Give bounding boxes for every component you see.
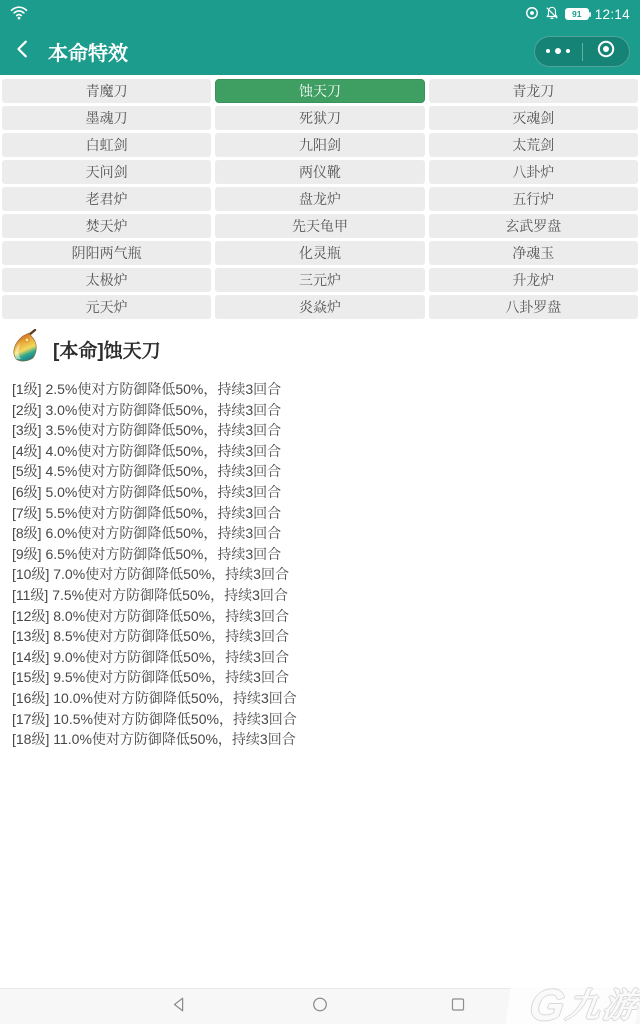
level-effect-line: [10级] 7.0%使对方防御降低50%，持续3回合 [12, 564, 630, 585]
item-button[interactable]: 白虹剑 [2, 133, 211, 157]
android-back-button[interactable] [170, 995, 188, 1018]
level-effect-line: [4级] 4.0%使对方防御降低50%，持续3回合 [12, 441, 630, 462]
notifications-muted-icon [545, 6, 559, 23]
item-button[interactable]: 墨魂刀 [2, 106, 211, 130]
level-effect-line: [7级] 5.5%使对方防御降低50%，持续3回合 [12, 503, 630, 524]
clock-text: 12:14 [595, 7, 630, 22]
item-detail: [本命]蚀天刀 [1级] 2.5%使对方防御降低50%，持续3回合 [2级] 3… [0, 319, 640, 750]
level-effect-line: [11级] 7.5%使对方防御降低50%，持续3回合 [12, 585, 630, 606]
minimize-button[interactable] [583, 37, 630, 66]
item-button[interactable]: 天问剑 [2, 160, 211, 184]
item-button[interactable]: 太荒剑 [429, 133, 638, 157]
battery-icon: 91 [565, 8, 589, 20]
level-effect-line: [1级] 2.5%使对方防御降低50%，持续3回合 [12, 379, 630, 400]
back-button[interactable] [12, 37, 42, 67]
level-effect-line: [6级] 5.0%使对方防御降低50%，持续3回合 [12, 482, 630, 503]
item-button[interactable]: 焚天炉 [2, 214, 211, 238]
item-button[interactable]: 玄武罗盘 [429, 214, 638, 238]
wifi-icon [10, 5, 28, 23]
level-effect-line: [8级] 6.0%使对方防御降低50%，持续3回合 [12, 523, 630, 544]
item-button[interactable]: 盘龙炉 [215, 187, 424, 211]
item-button[interactable]: 五行炉 [429, 187, 638, 211]
android-back-icon [170, 995, 188, 1018]
target-circle-icon [596, 39, 616, 64]
item-button[interactable]: 灭魂剑 [429, 106, 638, 130]
item-button[interactable]: 炎焱炉 [215, 295, 424, 319]
item-button[interactable]: 三元炉 [215, 268, 424, 292]
level-effect-line: [18级] 11.0%使对方防御降低50%，持续3回合 [12, 729, 630, 750]
item-button[interactable]: 太极炉 [2, 268, 211, 292]
item-button[interactable]: 八卦罗盘 [429, 295, 638, 319]
item-button[interactable]: 化灵瓶 [215, 241, 424, 265]
battery-percent: 91 [572, 10, 581, 19]
level-effect-line: [14级] 9.0%使对方防御降低50%，持续3回合 [12, 647, 630, 668]
item-button[interactable]: 老君炉 [2, 187, 211, 211]
level-effect-line: [2级] 3.0%使对方防御降低50%，持续3回合 [12, 400, 630, 421]
item-button[interactable]: 八卦炉 [429, 160, 638, 184]
item-button[interactable]: 净魂玉 [429, 241, 638, 265]
capsule-menu [534, 36, 630, 67]
blade-icon [8, 329, 44, 370]
android-nav-bar [0, 988, 640, 1024]
item-button[interactable]: 青龙刀 [429, 79, 638, 103]
item-button[interactable]: 蚀天刀 [215, 79, 424, 103]
more-button[interactable] [535, 37, 582, 66]
android-recents-icon [449, 996, 466, 1018]
level-effect-line: [3级] 3.5%使对方防御降低50%，持续3回合 [12, 420, 630, 441]
page-title: 本命特效 [48, 37, 128, 66]
item-button[interactable]: 升龙炉 [429, 268, 638, 292]
level-effect-line: [12级] 8.0%使对方防御降低50%，持续3回合 [12, 606, 630, 627]
app-screen: 91 12:14 本命特效 [0, 0, 640, 1024]
status-bar: 91 12:14 [0, 0, 640, 28]
nav-bar: 本命特效 [0, 28, 640, 75]
item-button[interactable]: 九阳剑 [215, 133, 424, 157]
eye-comfort-icon [525, 6, 539, 23]
item-button[interactable]: 死狱刀 [215, 106, 424, 130]
detail-title: [本命]蚀天刀 [53, 336, 161, 363]
item-button[interactable]: 元天炉 [2, 295, 211, 319]
item-button[interactable]: 两仪靴 [215, 160, 424, 184]
item-button[interactable]: 阴阳两气瓶 [2, 241, 211, 265]
item-button[interactable]: 先天龟甲 [215, 214, 424, 238]
item-button[interactable]: 青魔刀 [2, 79, 211, 103]
level-effect-line: [5级] 4.5%使对方防御降低50%，持续3回合 [12, 461, 630, 482]
level-effect-line: [13级] 8.5%使对方防御降低50%，持续3回合 [12, 626, 630, 647]
back-chevron-icon [12, 38, 34, 65]
item-grid: 青魔刀 蚀天刀 青龙刀 墨魂刀 死狱刀 灭魂剑 白虹剑 九阳剑 太荒剑 天问剑 … [2, 79, 638, 319]
level-list: [1级] 2.5%使对方防御降低50%，持续3回合 [2级] 3.0%使对方防御… [8, 379, 630, 750]
android-recents-button[interactable] [449, 996, 466, 1018]
level-effect-line: [16级] 10.0%使对方防御降低50%，持续3回合 [12, 688, 630, 709]
level-effect-line: [9级] 6.5%使对方防御降低50%，持续3回合 [12, 544, 630, 565]
android-home-button[interactable] [311, 995, 329, 1018]
level-effect-line: [15级] 9.5%使对方防御降低50%，持续3回合 [12, 667, 630, 688]
detail-header: [本命]蚀天刀 [8, 329, 630, 370]
more-dots-icon [543, 43, 573, 61]
android-home-icon [311, 995, 329, 1018]
level-effect-line: [17级] 10.5%使对方防御降低50%，持续3回合 [12, 709, 630, 730]
